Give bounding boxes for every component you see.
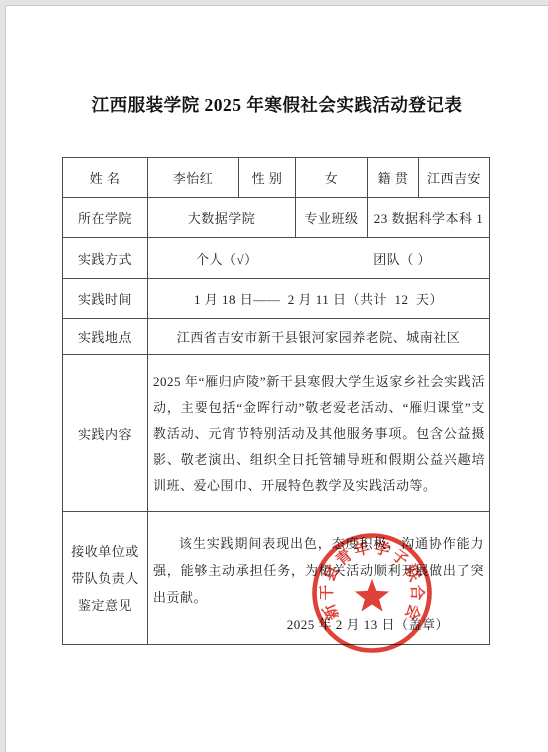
opinion-text: 该生实践期间表现出色，态度积极，沟通协作能力强，能够主动承担任务，为相关活动顺利…: [148, 524, 489, 611]
opinion-label-line2: 带队负责人: [63, 565, 147, 592]
table-row: 接收单位或 带队负责人 鉴定意见 该生实践期间表现出色，态度积极，沟通协作能力强…: [63, 512, 490, 645]
table-row: 姓 名 李怡红 性 别 女 籍 贯 江西吉安: [63, 158, 490, 198]
opinion-date: 2025 年 2 月 13 日（盖章）: [148, 614, 489, 633]
gender-label: 性 别: [239, 158, 296, 198]
registration-form-table: 姓 名 李怡红 性 别 女 籍 贯 江西吉安 所在学院 大数据学院 专业班级 2…: [62, 157, 490, 645]
college-label: 所在学院: [63, 198, 148, 238]
college-value: 大数据学院: [148, 198, 296, 238]
name-label: 姓 名: [63, 158, 148, 198]
table-row: 实践方式 个人（√） 团队（ ）: [63, 238, 490, 279]
practice-time-value: 1 月 18 日—— 2 月 11 日（共计 12 天）: [148, 279, 490, 319]
table-row: 实践内容 2025 年“雁归庐陵”新干县寒假大学生返家乡社会实践活动，主要包括“…: [63, 355, 490, 512]
opinion-cell: 该生实践期间表现出色，态度积极，沟通协作能力强，能够主动承担任务，为相关活动顺利…: [148, 512, 490, 645]
practice-time-text: 1 月 18 日—— 2 月 11 日（共计 12 天）: [194, 292, 443, 307]
table-row: 实践时间 1 月 18 日—— 2 月 11 日（共计 12 天）: [63, 279, 490, 319]
mode-individual-checked: 个人（√）: [196, 249, 258, 268]
page-title: 江西服装学院 2025 年寒假社会实践活动登记表: [6, 92, 548, 117]
practice-time-label: 实践时间: [63, 279, 148, 319]
opinion-label-line1: 接收单位或: [63, 538, 147, 565]
document-page-background: { "title": "江西服装学院 2025 年寒假社会实践活动登记表", "…: [0, 0, 548, 752]
gender-value: 女: [296, 158, 368, 198]
practice-content-label: 实践内容: [63, 355, 148, 512]
table-row: 所在学院 大数据学院 专业班级 23 数据科学本科 1: [63, 198, 490, 238]
practice-mode-label: 实践方式: [63, 238, 148, 279]
origin-value: 江西吉安: [419, 158, 490, 198]
practice-mode-cell: 个人（√） 团队（ ）: [148, 238, 490, 279]
practice-content-text: 2025 年“雁归庐陵”新干县寒假大学生返家乡社会实践活动，主要包括“金晖行动”…: [148, 363, 489, 503]
opinion-label: 接收单位或 带队负责人 鉴定意见: [63, 512, 148, 645]
table-row: 实践地点 江西省吉安市新干县银河家园养老院、城南社区: [63, 319, 490, 355]
opinion-label-line3: 鉴定意见: [63, 592, 147, 619]
class-label: 专业班级: [296, 198, 368, 238]
origin-label: 籍 贯: [368, 158, 419, 198]
practice-place-label: 实践地点: [63, 319, 148, 355]
mode-team-unchecked: 团队（ ）: [373, 249, 431, 268]
name-value: 李怡红: [148, 158, 239, 198]
practice-place-value: 江西省吉安市新干县银河家园养老院、城南社区: [148, 319, 490, 355]
practice-content-cell: 2025 年“雁归庐陵”新干县寒假大学生返家乡社会实践活动，主要包括“金晖行动”…: [148, 355, 490, 512]
class-value: 23 数据科学本科 1: [368, 198, 490, 238]
document-page: 江西服装学院 2025 年寒假社会实践活动登记表 姓 名 李怡红 性 别 女 籍…: [5, 5, 548, 752]
